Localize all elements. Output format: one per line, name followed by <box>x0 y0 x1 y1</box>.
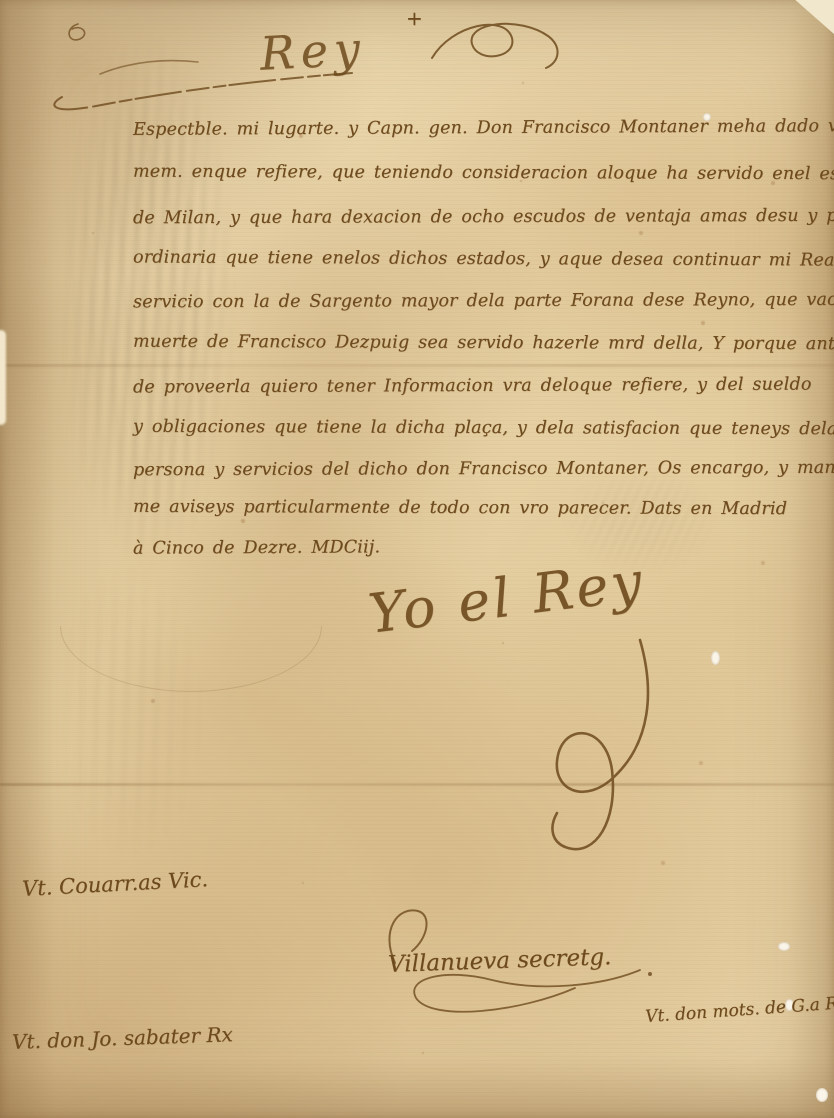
heading-title: Rey <box>259 21 368 80</box>
royal-signature: Yo el Rey <box>365 549 648 645</box>
paper-hole <box>778 942 790 951</box>
paper-hole <box>816 1088 828 1102</box>
regent-left-annotation: Vt. don Jo. sabater Rx <box>12 1022 233 1054</box>
body-line: ordinaria que tiene enelos dichos estado… <box>133 247 834 270</box>
body-line: me aviseys particularmente de todo con v… <box>133 497 787 519</box>
body-line: de Milan, y que hara dexacion de ocho es… <box>133 206 834 229</box>
torn-corner <box>792 0 834 34</box>
fold-crease-lower <box>0 783 834 786</box>
fold-crease-upper <box>0 364 834 367</box>
body-line: mem. enque refiere, que teniendo conside… <box>133 162 834 185</box>
body-line: y obligaciones que tiene la dicha plaça,… <box>133 417 834 439</box>
heading-cross: + <box>406 6 423 30</box>
edge-notch <box>0 330 6 425</box>
foxing-specks <box>0 0 2 2</box>
body-line: muerte de Francisco Dezpuig sea servido … <box>133 332 834 355</box>
body-line: servicio con la de Sargento mayor dela p… <box>133 290 834 313</box>
body-line: persona y servicios del dicho don Franci… <box>133 458 834 481</box>
regent-right-annotation: Vt. don mots. de G.a Rx <box>645 993 834 1027</box>
body-line: Espectble. mi lugarte. y Capn. gen. Don … <box>133 116 834 140</box>
secretary-signature: Villanueva secretg. <box>388 944 612 978</box>
secretary-flourish-dot <box>648 972 652 976</box>
signature-descender-flourish <box>552 640 647 849</box>
paper-hole <box>711 651 720 665</box>
manuscript-page: + Rey Espectble. mi lugarte. y Capn. gen… <box>0 0 834 1118</box>
ink-bleed-through-lower <box>55 560 205 860</box>
body-line-date: à Cinco de Dezre. MDCiij. <box>133 537 380 558</box>
heading-knot-flourish <box>432 24 558 68</box>
vicecanciller-annotation: Vt. Couarr.as Vic. <box>21 867 208 901</box>
secretary-underline-swirl <box>414 970 640 1012</box>
body-line: de proveerla quiero tener Informacion vr… <box>133 375 812 398</box>
